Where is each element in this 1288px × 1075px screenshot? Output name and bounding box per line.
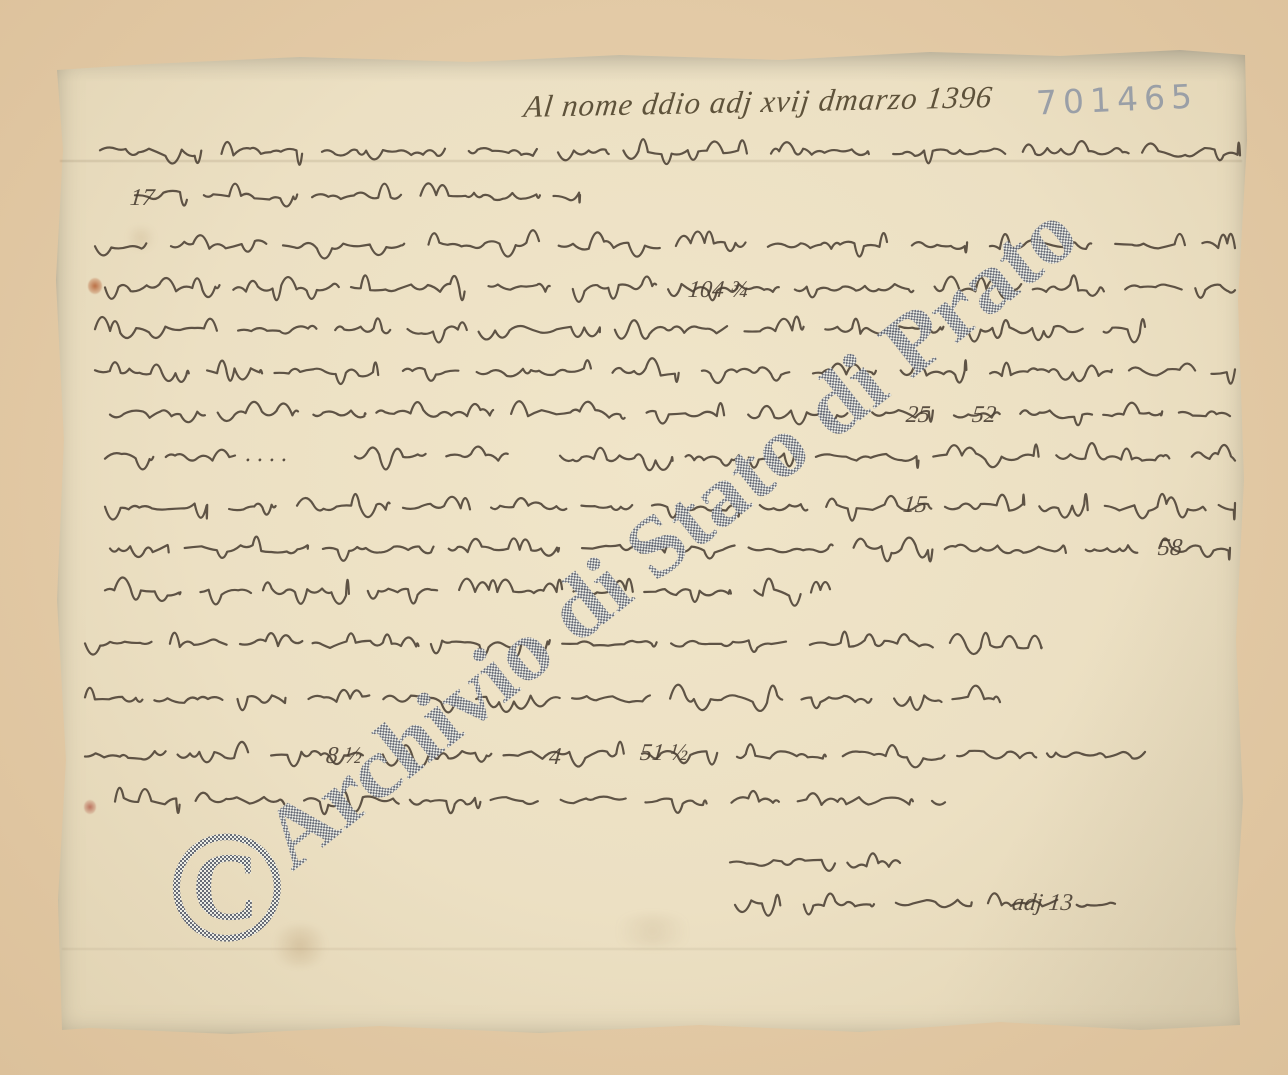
- watermark-text: Archivio di Stato di Prato: [244, 183, 1094, 887]
- scanned-document-page: Al nome ddio adj xvij dmarzo 1396 701465…: [0, 0, 1288, 1075]
- watermark-layer: © Archivio di Stato di Prato: [0, 0, 1288, 1075]
